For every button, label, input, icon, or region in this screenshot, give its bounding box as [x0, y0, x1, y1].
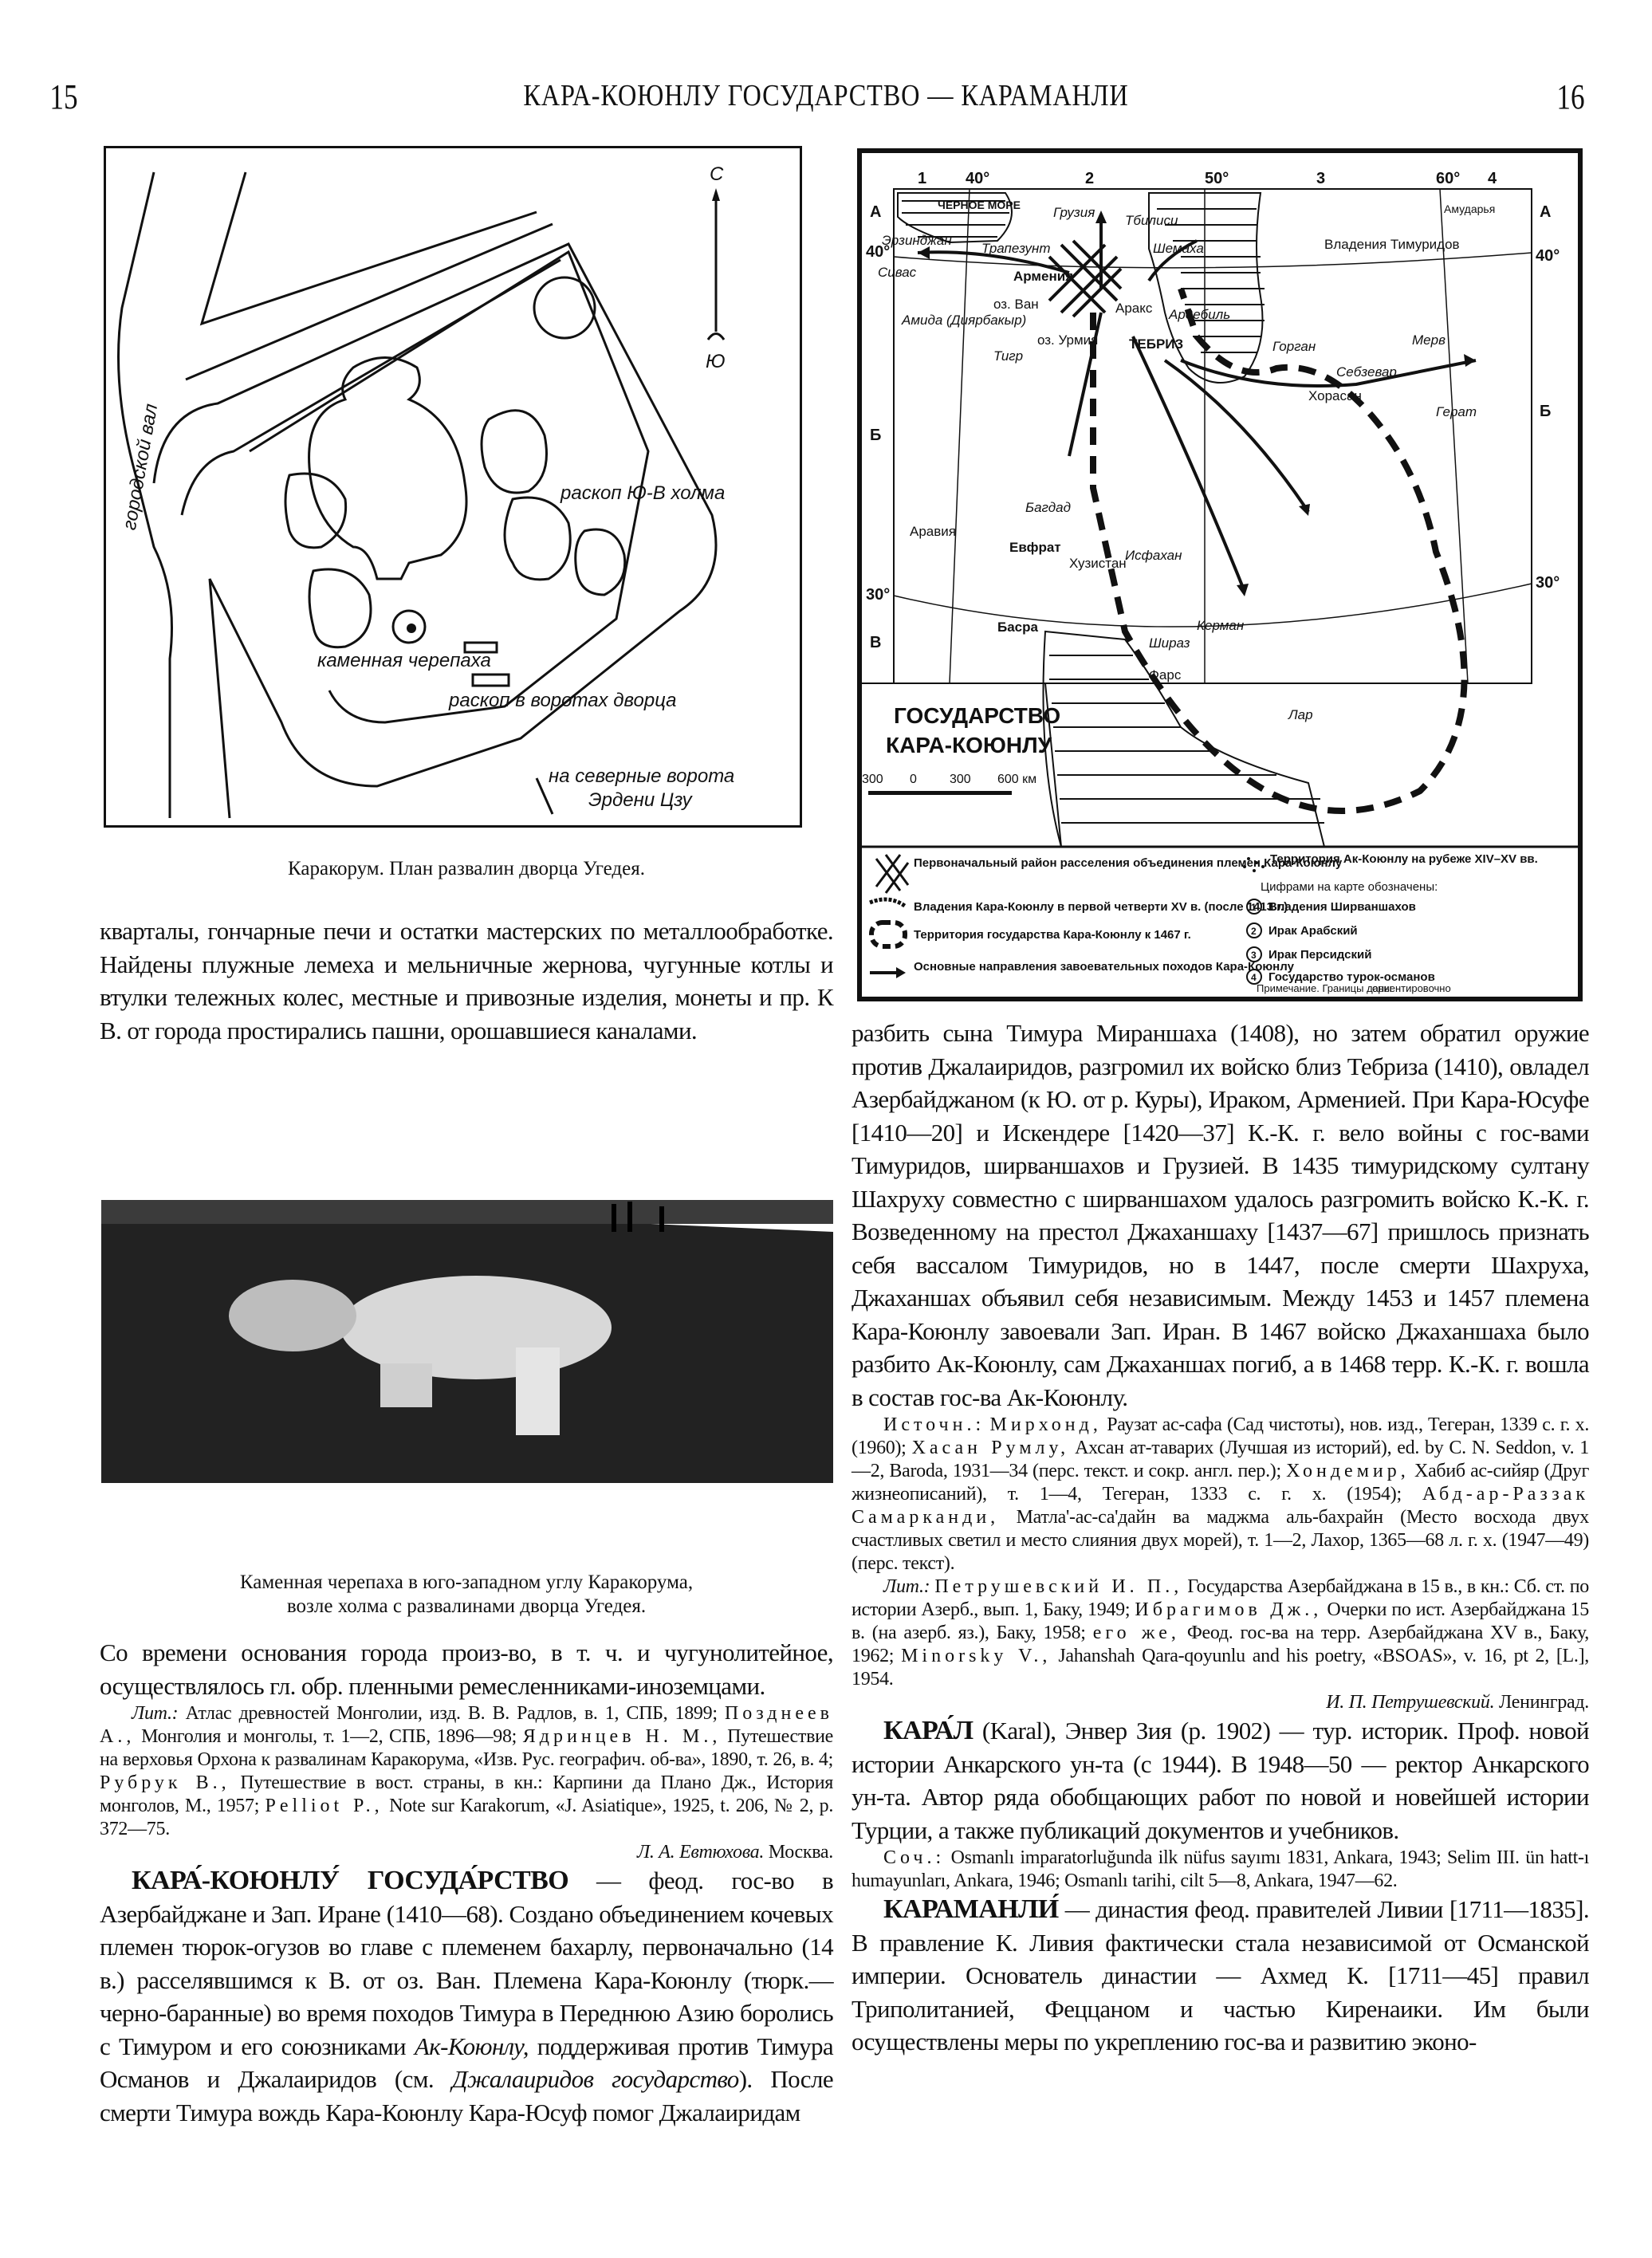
excavation-gate-label: раскоп в воротах дворца — [448, 690, 677, 711]
left-literature: Лит.: Атлас древностей Монголии, изд. В.… — [100, 1702, 833, 1841]
svg-text:Основные направления завоевате: Основные направления завоевательных похо… — [914, 960, 1295, 974]
svg-text:Багдад: Багдад — [1025, 500, 1071, 515]
svg-text:Мерв: Мерв — [1412, 332, 1445, 348]
svg-text:Хорасан: Хорасан — [1308, 388, 1362, 403]
svg-text:Владения Кара-Коюнлу в первой: Владения Кара-Коюнлу в первой четверти X… — [914, 900, 1288, 914]
svg-text:30°: 30° — [866, 586, 890, 604]
svg-text:Ардебиль: Ардебиль — [1168, 307, 1230, 322]
running-title: КАРА-КОЮНЛУ ГОСУДАРСТВО — КАРАМАНЛИ — [124, 78, 1528, 113]
left-para-2: Со времени основания города произ-во, в … — [100, 1636, 833, 1702]
svg-text:2: 2 — [1251, 926, 1257, 937]
svg-text:Герат: Герат — [1436, 404, 1477, 419]
north-label: С — [710, 163, 724, 185]
svg-text:Лар: Лар — [1288, 707, 1313, 722]
turtle-label: каменная черепаха — [317, 650, 491, 671]
photo-caption-1: Каменная черепаха в юго-западном углу Ка… — [100, 1571, 833, 1595]
svg-text:50°: 50° — [1205, 170, 1229, 187]
svg-text:Шираз: Шираз — [1149, 635, 1190, 651]
karamanli-title: КАРАМАНЛИ́ — [883, 1894, 1059, 1924]
plan-caption: Каракорум. План развалин дворца Угедея. — [100, 857, 833, 881]
svg-text:Тбилиси: Тбилиси — [1125, 213, 1178, 228]
karal-title: КАРА́Л — [883, 1716, 973, 1745]
svg-text:оз. Ван: оз. Ван — [993, 297, 1039, 312]
svg-text:Владения Тимуридов: Владения Тимуридов — [1324, 237, 1460, 252]
svg-text:Примечание. Границы даны: Примечание. Границы даны — [1257, 982, 1391, 994]
svg-text:1: 1 — [918, 170, 926, 187]
left-column-lower: Каменная черепаха в юго-западном углу Ка… — [100, 1571, 833, 2129]
svg-text:3: 3 — [1251, 950, 1257, 961]
svg-text:Керман: Керман — [1197, 618, 1245, 633]
svg-text:А: А — [1540, 203, 1551, 221]
svg-text:300: 300 — [862, 773, 883, 786]
right-sources: Источн.: Мирхонд, Раузат ас-сафа (Сад чи… — [852, 1414, 1589, 1575]
link-ak-koyunlu[interactable]: Ак-Коюнлу, — [415, 2032, 529, 2060]
svg-text:60°: 60° — [1436, 170, 1460, 187]
svg-text:ориентировочно: ориентировочно — [1372, 982, 1451, 994]
svg-text:оз. Урмия: оз. Урмия — [1037, 332, 1098, 348]
page-number-right: 16 — [1556, 77, 1584, 117]
svg-text:3: 3 — [1316, 170, 1325, 187]
svg-text:Аравия: Аравия — [910, 524, 956, 539]
svg-text:Аракс: Аракс — [1115, 301, 1153, 316]
karakorum-plan-figure: С Ю раскоп Ю-В холма каменная черепаха р… — [104, 146, 802, 828]
svg-text:Б: Б — [1540, 403, 1551, 420]
svg-text:Тигр: Тигр — [993, 348, 1023, 364]
svg-text:600 км: 600 км — [997, 773, 1036, 786]
entry-title: КАРА́-КОЮНЛУ́ ГОСУДА́РСТВО — [132, 1866, 568, 1895]
page-header: 15 КАРА-КОЮНЛУ ГОСУДАРСТВО — КАРАМАНЛИ 1… — [0, 72, 1652, 120]
svg-text:0: 0 — [910, 773, 917, 786]
palace-plan-drawing: С Ю раскоп Ю-В холма каменная черепаха р… — [106, 148, 800, 825]
svg-text:30°: 30° — [1536, 574, 1560, 592]
svg-text:Территория Ак-Коюнлу на рубеже: Территория Ак-Коюнлу на рубеже XIV–XV вв… — [1270, 852, 1538, 866]
right-para-1: разбить сына Тимура Мираншаха (1408), но… — [852, 1017, 1589, 1414]
svg-text:В: В — [870, 634, 881, 651]
svg-text:Басра: Басра — [997, 620, 1039, 635]
entry-karal: КАРА́Л (Karal), Энвер Зия (р. 1902) — ту… — [852, 1714, 1589, 1847]
svg-text:2: 2 — [1085, 170, 1094, 187]
svg-text:40°: 40° — [1536, 247, 1560, 265]
entry-kara-koyunlu: КАРА́-КОЮНЛУ́ ГОСУДА́РСТВО — феод. гос-в… — [100, 1864, 833, 2129]
svg-text:Б: Б — [870, 427, 881, 444]
svg-text:Амида (Диярбакыр): Амида (Диярбакыр) — [901, 313, 1026, 328]
exit-label-2: Эрдени Цзу — [588, 789, 694, 811]
south-label: Ю — [706, 351, 726, 372]
svg-text:Цифрами на карте обозначены:: Цифрами на карте обозначены: — [1261, 880, 1438, 894]
left-para-1: кварталы, гончарные печи и остатки масте… — [100, 915, 833, 1047]
svg-text:Сивас: Сивас — [878, 265, 917, 280]
svg-text:4: 4 — [1488, 170, 1497, 187]
map-title-1: ГОСУДАРСТВО — [894, 703, 1060, 728]
stone-turtle-photo — [101, 1200, 833, 1483]
right-column: разбить сына Тимура Мираншаха (1408), но… — [852, 1017, 1589, 2059]
svg-text:Трапезунт: Трапезунт — [981, 241, 1051, 256]
svg-text:Территория государства Кара-Ко: Территория государства Кара-Коюнлу к 146… — [914, 928, 1191, 942]
svg-text:Хузистан: Хузистан — [1069, 556, 1127, 571]
left-signature: Л. А. Евтюхова. Москва. — [100, 1841, 833, 1864]
kara-koyunlu-map-figure: 1 40° 2 50° 3 60° 4 А 40° Б 30° В А 40° … — [857, 148, 1583, 1001]
svg-text:ЧЕРНОЕ МОРЕ: ЧЕРНОЕ МОРЕ — [938, 199, 1021, 211]
svg-text:Грузия: Грузия — [1053, 205, 1095, 220]
svg-text:Себзевар: Себзевар — [1336, 364, 1397, 380]
svg-text:300: 300 — [950, 773, 971, 786]
svg-text:Евфрат: Евфрат — [1009, 540, 1061, 555]
link-jalairid-state[interactable]: Джалаиридов государство — [452, 2065, 739, 2093]
right-literature: Лит.: Петрушевский И. П., Государства Аз… — [852, 1575, 1589, 1691]
svg-text:Горган: Горган — [1272, 339, 1316, 354]
svg-text:ТЕБРИЗ: ТЕБРИЗ — [1129, 336, 1183, 352]
svg-text:4: 4 — [1251, 972, 1257, 983]
exit-label-1: на северные ворота — [549, 765, 734, 787]
karal-works: Соч.: Osmanlı imparatorluğunda ilk nüfus… — [852, 1847, 1589, 1893]
entry-karamanli: КАРАМАНЛИ́ — династия феод. правителей Л… — [852, 1893, 1589, 2059]
svg-text:Шемаха: Шемаха — [1153, 241, 1204, 256]
svg-text:Фарс: Фарс — [1149, 667, 1182, 683]
right-signature: И. П. Петрушевский. Ленинград. — [852, 1691, 1589, 1714]
svg-text:Владения Ширваншахов: Владения Ширваншахов — [1268, 900, 1416, 914]
svg-text:Амударья: Амударья — [1444, 203, 1495, 215]
svg-text:Исфахан: Исфахан — [1125, 548, 1182, 563]
excavation-se-label: раскоп Ю-В холма — [560, 482, 725, 504]
svg-text:Ирак Арабский: Ирак Арабский — [1268, 924, 1358, 938]
left-column: Каракорум. План развалин дворца Угедея. … — [100, 857, 833, 1047]
svg-text:Армения: Армения — [1013, 269, 1073, 284]
historical-map: 1 40° 2 50° 3 60° 4 А 40° Б 30° В А 40° … — [862, 153, 1578, 997]
svg-text:40°: 40° — [966, 170, 989, 187]
page-number-left: 15 — [49, 77, 77, 117]
svg-text:1: 1 — [1251, 902, 1257, 913]
map-title-2: КАРА-КОЮНЛУ — [886, 733, 1052, 757]
svg-text:Эрзинджан: Эрзинджан — [882, 233, 952, 248]
svg-text:А: А — [870, 203, 881, 221]
svg-text:Ирак Персидский: Ирак Персидский — [1268, 948, 1371, 962]
photo-caption-2: возле холма с развалинами дворца Угедея. — [100, 1595, 833, 1619]
